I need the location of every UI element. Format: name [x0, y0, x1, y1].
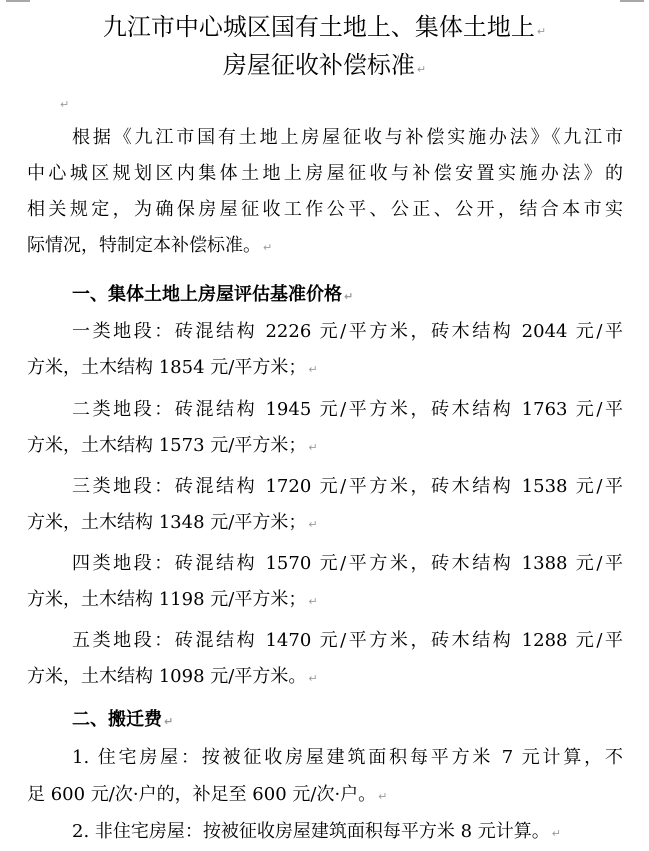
paragraph-mark-icon: ↵: [417, 63, 426, 76]
intro-line-3: 相关规定，为确保房屋征收工作公平、公正、公开，结合本市实: [27, 198, 623, 222]
section1-item3-line1: 三类地段：砖混结构 1720 元/平方米，砖木结构 1538 元/平: [72, 475, 623, 499]
section1-item4-line2: 方米，土木结构 1198 元/平方米；↵: [27, 588, 623, 614]
paragraph-mark-icon: ↵: [263, 241, 272, 254]
document-title-line1: 九江市中心城区国有土地上、集体土地上↵: [0, 12, 649, 47]
intro-line-4: 际情况，特制定本补偿标准。↵: [27, 234, 623, 260]
section1-item3-line2: 方米，土木结构 1348 元/平方米；↵: [27, 511, 623, 537]
section2-item1-line2: 足 600 元/次·户的，补足至 600 元/次·户。↵: [27, 783, 623, 809]
section2-item1-line1: 1. 住宅房屋：按被征收房屋建筑面积每平方米 7 元计算，不: [72, 746, 623, 770]
document-title-line2: 房屋征收补偿标准↵: [0, 50, 649, 85]
paragraph-mark-icon: ↵: [537, 25, 546, 38]
section2-item2-line1: 2. 非住宅房屋：按被征收房屋建筑面积每平方米 8 元计算。↵: [72, 820, 623, 846]
paragraph-mark-icon: ↵: [308, 441, 317, 454]
intro-line-1: 根据《九江市国有土地上房屋征收与补偿实施办法》《九江市: [72, 126, 623, 150]
paragraph-mark-icon: ↵: [308, 363, 317, 376]
paragraph-mark-icon: ↵: [60, 98, 69, 111]
paragraph-mark-icon: ↵: [552, 827, 561, 840]
paragraph-mark-icon: ↵: [308, 518, 317, 531]
paragraph-mark-icon: ↵: [378, 790, 387, 803]
section1-item2-line1: 二类地段：砖混结构 1945 元/平方米，砖木结构 1763 元/平: [72, 398, 623, 422]
margin-marker-right: [620, 0, 644, 2]
section1-item1-line1: 一类地段：砖混结构 2226 元/平方米，砖木结构 2044 元/平: [72, 320, 623, 344]
paragraph-mark-icon: ↵: [164, 715, 173, 728]
section1-item5-line1: 五类地段：砖混结构 1470 元/平方米，砖木结构 1288 元/平: [72, 629, 623, 653]
paragraph-mark-icon: ↵: [344, 290, 353, 303]
section1-item5-line2: 方米，土木结构 1098 元/平方米。↵: [27, 665, 623, 691]
margin-marker-left: [6, 0, 30, 2]
section2-heading: 二、搬迁费↵: [72, 708, 623, 734]
paragraph-mark-icon: ↵: [308, 595, 317, 608]
section1-item4-line1: 四类地段：砖混结构 1570 元/平方米，砖木结构 1388 元/平: [72, 552, 623, 576]
paragraph-mark-icon: ↵: [308, 672, 317, 685]
section1-item2-line2: 方米，土木结构 1573 元/平方米；↵: [27, 434, 623, 460]
intro-line-2: 中心城区规划区内集体土地上房屋征收与补偿安置实施办法》的: [27, 162, 623, 186]
section1-heading: 一、集体土地上房屋评估基准价格↵: [72, 283, 623, 309]
section1-item1-line2: 方米，土木结构 1854 元/平方米；↵: [27, 356, 623, 382]
